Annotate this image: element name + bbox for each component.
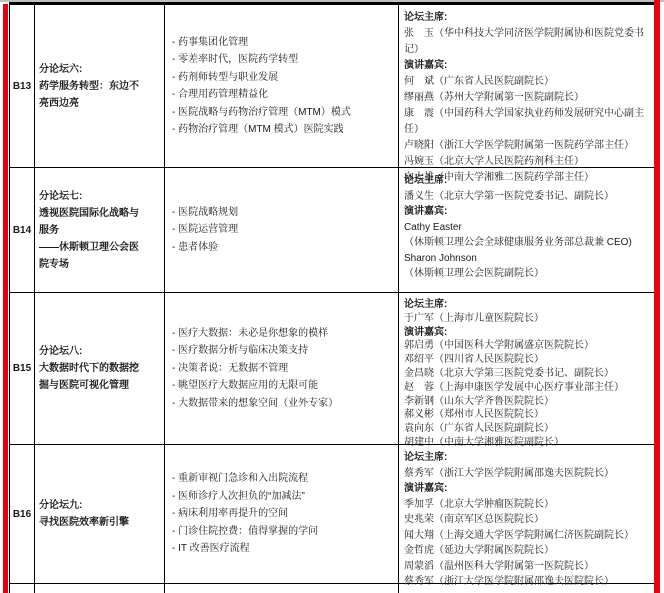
guest-name: Sharon Johnson bbox=[404, 251, 656, 267]
topic-line: - 医师诊疗人次担负的“加减法” bbox=[172, 488, 396, 506]
forum-title-cell: 分论坛九:寻找医院效率新引擎 bbox=[35, 445, 165, 583]
forum-title-line: 分论坛八: bbox=[39, 343, 161, 360]
chair-list: 张 玉（华中科技大学同济医学院附属协和医院党委书记） bbox=[404, 26, 656, 58]
chair-label: 论坛主席: bbox=[404, 173, 656, 189]
guest-name: 史兆荣（南京军区总医院院长） bbox=[404, 512, 656, 528]
forum-title-line: 药学服务转型：东边不 bbox=[39, 78, 161, 95]
chair-label: 论坛主席: bbox=[404, 450, 656, 466]
topic-line: - 患者体验 bbox=[172, 239, 396, 257]
guest-name: 卢晓阳（浙江大学医学院附属第一医院药学部主任） bbox=[404, 138, 656, 154]
forum-speakers-cell: 论坛主席: 蔡秀军（浙江大学医学院附属邵逸夫医院院长） 演讲嘉宾: 季加孚（北京… bbox=[399, 445, 658, 583]
guest-label: 演讲嘉宾: bbox=[404, 326, 656, 340]
guest-name: 康 震（中国药科大学国家执业药师发展研究中心副主任） bbox=[404, 106, 656, 138]
forum-speakers-cell: 论坛主席: 于广军（上海市儿童医院院长） 演讲嘉宾: 郭启勇（中国医科大学附属盛… bbox=[399, 293, 658, 444]
forum-topics-cell: - 药事集团化管理- 零差率时代，医院药学转型- 药剂师转型与职业发展- 合理用… bbox=[165, 5, 399, 167]
chair-name: 潘义生（北京大学第一医院党委书记、副院长） bbox=[404, 189, 656, 205]
guest-name: Cathy Easter bbox=[404, 220, 656, 236]
chair-label: 论坛主席: bbox=[404, 10, 656, 26]
topic-line: - 眺望医疗大数据应用的无限可能 bbox=[172, 377, 396, 395]
forum-topics-cell bbox=[165, 584, 399, 593]
guest-name: 金昌晓（北京大学第三医院党委书记、副院长） bbox=[404, 367, 656, 381]
topic-line: - 病床利用率再提升的空间 bbox=[172, 505, 396, 523]
guest-name: 李新钢（山东大学齐鲁医院院长） bbox=[404, 395, 656, 409]
forum-speakers-cell: 论坛主席: 潘义生（北京大学第一医院党委书记、副院长） 演讲嘉宾: Cathy … bbox=[399, 168, 658, 292]
forum-topics-cell: - 医疗大数据：未必是你想象的模样- 医疗数据分析与临床决策支持- 决策者说：无… bbox=[165, 293, 399, 444]
topic-line: - 医院运营管理 bbox=[172, 221, 396, 239]
forum-speakers-cell: 论坛主席: 张 玉（华中科技大学同济医学院附属协和医院党委书记） 演讲嘉宾: 何… bbox=[399, 5, 658, 167]
topic-line: - 医疗数据分析与临床决策支持 bbox=[172, 342, 396, 360]
forum-title-line: 分论坛六: bbox=[39, 61, 161, 78]
chair-name: 于广军（上海市儿童医院院长） bbox=[404, 312, 656, 326]
guest-name: 季加孚（北京大学肿瘤医院院长） bbox=[404, 497, 656, 513]
forum-speakers-cell bbox=[399, 584, 658, 593]
topic-line: - 药事集团化管理 bbox=[172, 34, 396, 52]
topic-line: - 药物治疗管理（MTM 模式）医院实践 bbox=[172, 121, 396, 139]
forum-title-line: 院专场 bbox=[39, 256, 161, 273]
chair-name: 蔡秀军（浙江大学医学院附属邵逸夫医院院长） bbox=[404, 466, 656, 482]
conference-program-page: B13 分论坛六:药学服务转型：东边不亮西边亮 - 药事集团化管理- 零差率时代… bbox=[0, 0, 664, 593]
topic-line: - 医疗大数据：未必是你想象的模样 bbox=[172, 325, 396, 343]
guest-name: 郭启勇（中国医科大学附属盛京医院院长） bbox=[404, 339, 656, 353]
forum-title-cell: 分论坛八:大数据时代下的数据挖掘与医院可视化管理 bbox=[35, 293, 165, 444]
topic-line: - IT 改善医疗流程 bbox=[172, 540, 396, 558]
forum-id bbox=[10, 584, 35, 593]
topic-line: - 门诊住院控费：值得掌握的学问 bbox=[172, 523, 396, 541]
topic-line: - 合理用药管理精益化 bbox=[172, 86, 396, 104]
guest-name: 赵 蓉（上海申康医学发展中心医疗事业部主任） bbox=[404, 381, 656, 395]
red-accent-bar-right bbox=[654, 0, 660, 593]
topic-line: - 医院战略规划 bbox=[172, 204, 396, 222]
red-accent-bar-left bbox=[3, 4, 8, 593]
guest-list: Cathy Easter（休斯顿卫理公会全球健康服务业务部总裁兼 CEO)Sha… bbox=[404, 220, 656, 282]
forum-title-line: 服务 bbox=[39, 222, 161, 239]
guest-name: （休斯顿卫理公会全球健康服务业务部总裁兼 CEO) bbox=[404, 235, 656, 251]
guest-name: 闻大翔（上海交通大学医学院附属仁济医院副院长） bbox=[404, 528, 656, 544]
chair-list: 潘义生（北京大学第一医院党委书记、副院长） bbox=[404, 189, 656, 205]
forum-title-line: 大数据时代下的数据挖 bbox=[39, 360, 161, 377]
forum-id: B14 bbox=[10, 168, 35, 292]
guest-label: 演讲嘉宾: bbox=[404, 58, 656, 74]
topic-line: - 决策者说：无数据不管理 bbox=[172, 360, 396, 378]
topic-line: - 医院战略与药物治疗管理（MTM）模式 bbox=[172, 104, 396, 122]
topic-line: - 重新审视门急诊和入出院流程 bbox=[172, 470, 396, 488]
guest-label: 演讲嘉宾: bbox=[404, 481, 656, 497]
topic-line: - 零差率时代，医院药学转型 bbox=[172, 51, 396, 69]
forum-id: B13 bbox=[10, 5, 35, 167]
forum-topics-cell: - 重新审视门急诊和入出院流程- 医师诊疗人次担负的“加减法”- 病床利用率再提… bbox=[165, 445, 399, 583]
topic-line: - 大数据带来的想象空间（业外专家） bbox=[172, 395, 396, 413]
forum-row-b15: B15 分论坛八:大数据时代下的数据挖掘与医院可视化管理 - 医疗大数据：未必是… bbox=[10, 293, 658, 445]
chair-label: 论坛主席: bbox=[404, 298, 656, 312]
forum-title-cell bbox=[35, 584, 165, 593]
forum-title-cell: 分论坛七:透视医院国际化战略与服务——休斯顿卫理公会医院专场 bbox=[35, 168, 165, 292]
forum-title-line: 分论坛九: bbox=[39, 497, 161, 514]
guest-name: 何 斌（广东省人民医院副院长） bbox=[404, 74, 656, 90]
forum-row-partial bbox=[10, 584, 658, 593]
forum-row-b16: B16 分论坛九:寻找医院效率新引擎 - 重新审视门急诊和入出院流程- 医师诊疗… bbox=[10, 445, 658, 584]
guest-name: （休斯顿卫理公会医院副院长） bbox=[404, 266, 656, 282]
forum-title-line: 掘与医院可视化管理 bbox=[39, 377, 161, 394]
chair-list: 于广军（上海市儿童医院院长） bbox=[404, 312, 656, 326]
forum-schedule-table: B13 分论坛六:药学服务转型：东边不亮西边亮 - 药事集团化管理- 零差率时代… bbox=[9, 2, 659, 593]
guest-list: 郭启勇（中国医科大学附属盛京医院院长）邓绍平（四川省人民医院院长）金昌晓（北京大… bbox=[404, 339, 656, 449]
forum-title-line: 分论坛七: bbox=[39, 188, 161, 205]
forum-topics-cell: - 医院战略规划- 医院运营管理- 患者体验 bbox=[165, 168, 399, 292]
forum-id: B16 bbox=[10, 445, 35, 583]
forum-title-line: 亮西边亮 bbox=[39, 95, 161, 112]
forum-title-cell: 分论坛六:药学服务转型：东边不亮西边亮 bbox=[35, 5, 165, 167]
guest-label: 演讲嘉宾: bbox=[404, 204, 656, 220]
forum-id: B15 bbox=[10, 293, 35, 444]
forum-row-b13: B13 分论坛六:药学服务转型：东边不亮西边亮 - 药事集团化管理- 零差率时代… bbox=[10, 5, 658, 168]
guest-name: 缪丽燕（苏州大学附属第一医院副院长） bbox=[404, 90, 656, 106]
guest-name: 邓绍平（四川省人民医院院长） bbox=[404, 353, 656, 367]
guest-name: 郝义彬（郑州市人民医院院长） bbox=[404, 408, 656, 422]
guest-name: 周蒙滔（温州医科大学附属第一医院院长） bbox=[404, 559, 656, 575]
guest-list: 季加孚（北京大学肿瘤医院院长）史兆荣（南京军区总医院院长）闻大翔（上海交通大学医… bbox=[404, 497, 656, 590]
guest-name: 金哲虎（延边大学附属医院院长） bbox=[404, 543, 656, 559]
topic-line: - 药剂师转型与职业发展 bbox=[172, 69, 396, 87]
forum-title-line: 透视医院国际化战略与 bbox=[39, 205, 161, 222]
chair-list: 蔡秀军（浙江大学医学院附属邵逸夫医院院长） bbox=[404, 466, 656, 482]
chair-name: 张 玉（华中科技大学同济医学院附属协和医院党委书记） bbox=[404, 26, 656, 58]
forum-row-b14: B14 分论坛七:透视医院国际化战略与服务——休斯顿卫理公会医院专场 - 医院战… bbox=[10, 168, 658, 293]
guest-name: 袁向东（广东省人民医院副院长） bbox=[404, 422, 656, 436]
forum-title-line: 寻找医院效率新引擎 bbox=[39, 514, 161, 531]
forum-title-line: ——休斯顿卫理公会医 bbox=[39, 239, 161, 256]
